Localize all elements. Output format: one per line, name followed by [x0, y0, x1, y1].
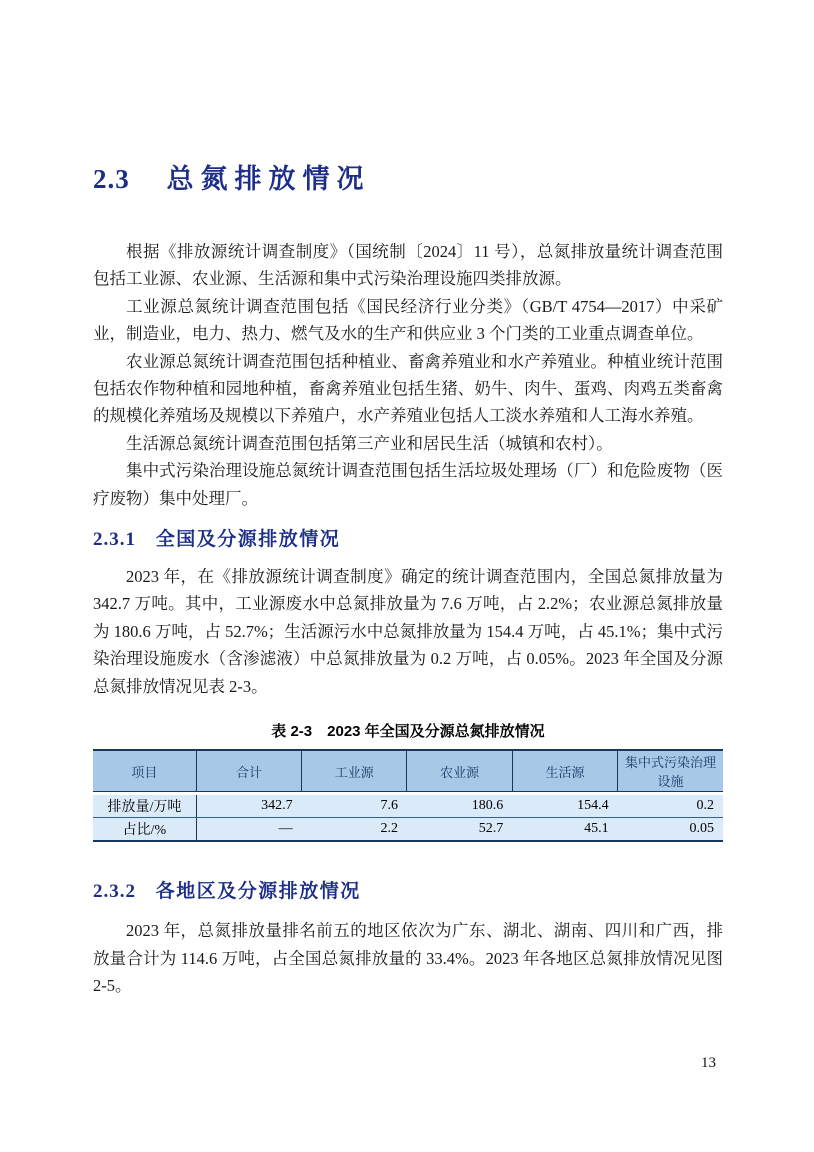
table-caption: 表 2-3 2023 年全国及分源总氮排放情况 [93, 722, 723, 742]
document-page: 2.3 总氮排放情况 根据《排放源统计调查制度》（国统制〔2024〕11 号），… [0, 0, 814, 1152]
paragraph: 工业源总氮统计调查范围包括《国民经济行业分类》（GB/T 4754—2017）中… [93, 293, 723, 348]
subsection-number: 2.3.1 [93, 529, 136, 550]
table-cell: 342.7 [196, 795, 301, 818]
table-cell: 2.2 [302, 818, 407, 842]
page-number: 13 [701, 1055, 716, 1072]
paragraph: 根据《排放源统计调查制度》（国统制〔2024〕11 号），总氮排放量统计调查范围… [93, 238, 723, 293]
paragraph: 集中式污染治理设施总氮统计调查范围包括生活垃圾处理场（厂）和危险废物（医疗废物）… [93, 457, 723, 512]
paragraph: 生活源总氮统计调查范围包括第三产业和居民生活（城镇和农村）。 [93, 430, 723, 457]
table-cell: 0.05 [618, 818, 723, 842]
table-cell: 45.1 [512, 818, 617, 842]
subsection-title: 全国及分源排放情况 [156, 529, 341, 550]
table-header-cell: 项目 [93, 750, 196, 792]
subsection-heading-232: 2.3.2 各地区及分源排放情况 [93, 877, 723, 907]
table-cell: 0.2 [618, 795, 723, 818]
table-row-label: 排放量/万吨 [93, 795, 196, 818]
table-header-row: 项目 合计 工业源 农业源 生活源 集中式污染治理设施 [93, 750, 723, 792]
table-header-cell: 生活源 [512, 750, 617, 792]
intro-paragraphs: 根据《排放源统计调查制度》（国统制〔2024〕11 号），总氮排放量统计调查范围… [93, 238, 723, 512]
table-cell: — [196, 818, 301, 842]
section-heading: 2.3 总氮排放情况 [93, 160, 723, 198]
emissions-table: 项目 合计 工业源 农业源 生活源 集中式污染治理设施 排放量/万吨 342.7… [93, 749, 723, 842]
table-row: 排放量/万吨 342.7 7.6 180.6 154.4 0.2 [93, 795, 723, 818]
table-cell: 7.6 [302, 795, 407, 818]
section-number: 2.3 [93, 164, 130, 194]
table-header-cell: 工业源 [302, 750, 407, 792]
table-header-cell: 集中式污染治理设施 [618, 750, 723, 792]
table-cell: 154.4 [512, 795, 617, 818]
table-cell: 180.6 [407, 795, 512, 818]
subsection-heading-231: 2.3.1 全国及分源排放情况 [93, 525, 723, 555]
subsection-number: 2.3.2 [93, 881, 136, 902]
paragraph: 农业源总氮统计调查范围包括种植业、畜禽养殖业和水产养殖业。种植业统计范围包括农作… [93, 348, 723, 430]
table-header-cell: 农业源 [407, 750, 512, 792]
paragraph: 2023 年，总氮排放量排名前五的地区依次为广东、湖北、湖南、四川和广西，排放量… [93, 917, 723, 999]
paragraph: 2023 年，在《排放源统计调查制度》确定的统计调查范围内，全国总氮排放量为 3… [93, 563, 723, 700]
table-cell: 52.7 [407, 818, 512, 842]
table-row: 占比/% — 2.2 52.7 45.1 0.05 [93, 818, 723, 842]
section-title: 总氮排放情况 [167, 164, 371, 194]
subsection-title: 各地区及分源排放情况 [156, 881, 361, 902]
table-header-cell: 合计 [196, 750, 301, 792]
table-row-label: 占比/% [93, 818, 196, 842]
